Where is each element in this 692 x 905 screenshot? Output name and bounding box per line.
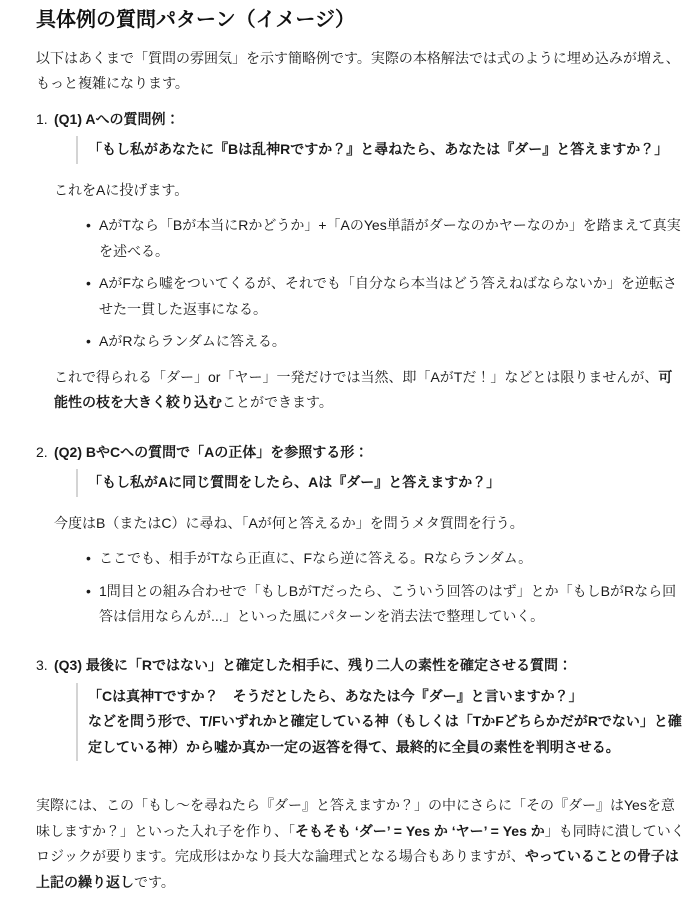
q1-closing-paragraph: これで得られる「ダー」or「ヤー」一発だけでは当然、即「AがTだ！」などとは限り…: [54, 365, 686, 416]
q1-bullet-1: AがTなら「Bが本当にRかどうか」+「AのYes単語がダーなのかヤーなのか」を踏…: [99, 213, 686, 264]
q2-bullet-2: 1問目との組み合わせで「もしBがTだったら、こういう回答のはず」とか「もしBがR…: [99, 579, 686, 630]
outro-paragraph: 実際には、この「もし～を尋ねたら『ダー』と答えますか？」の中にさらに「その『ダー…: [36, 793, 686, 895]
list-item-q1-heading: (Q1) Aへの質問例：: [54, 107, 686, 132]
q2-lead: 今度はB（またはC）に尋ね、「Aが何と答えるか」を問うメタ質問を行う。: [54, 511, 686, 536]
list-item-q3: 3. (Q3) 最後に「Rではない」と確定した相手に、残り二人の素性を確定させる…: [36, 653, 686, 775]
ordered-list: 1. (Q1) Aへの質問例： 「もし私があなたに『Bは乱神Rですか？』と尋ねた…: [36, 107, 686, 775]
list-item-q2: 2. (Q2) BやCへの質問で「Aの正体」を参照する形： 「もし私がAに同じ質…: [36, 440, 686, 640]
list-item-q2-heading: (Q2) BやCへの質問で「Aの正体」を参照する形：: [54, 440, 686, 465]
q1-bullet-3: AがRならランダムに答える。: [99, 329, 686, 354]
q1-lead: これをAに投げます。: [54, 178, 686, 203]
list-item: • ここでも、相手がTなら正直に、Fなら逆に答える。Rならランダム。: [54, 546, 686, 571]
list-item-q2-number: 2.: [36, 440, 48, 640]
q2-bullet-1: ここでも、相手がTなら正直に、Fなら逆に答える。Rならランダム。: [99, 546, 686, 571]
list-item-q1-number: 1.: [36, 107, 48, 426]
q2-blockquote: 「もし私がAに同じ質問をしたら、Aは『ダー』と答えますか？」: [76, 469, 686, 496]
page-title: 具体例の質問パターン（イメージ）: [36, 6, 686, 34]
q1-closing-post: ことができます。: [222, 394, 333, 410]
document-page: 具体例の質問パターン（イメージ） 以下はあくまで「質問の雰囲気」を示す簡略例です…: [0, 0, 692, 905]
q1-quote-text: 「もし私があなたに『Bは乱神Rですか？』と尋ねたら、あなたは『ダー』と答えますか…: [88, 141, 668, 157]
q3-quote-line-1: 「Cは真神Tですか？ そうだとしたら、あなたは今『ダー』と言いますか？」: [88, 688, 583, 704]
list-item: • AがRならランダムに答える。: [54, 329, 686, 354]
q1-closing-pre: これで得られる「ダー」or「ヤー」一発だけでは当然、即「AがTだ！」などとは限り…: [54, 369, 658, 385]
q2-bullet-list: • ここでも、相手がTなら正直に、Fなら逆に答える。Rならランダム。 • 1問目…: [54, 546, 686, 629]
bullet-icon: •: [86, 213, 99, 264]
bullet-icon: •: [86, 271, 99, 322]
list-item-q3-number: 3.: [36, 653, 48, 775]
bullet-icon: •: [86, 546, 99, 571]
list-item: • AがFなら嘘をついてくるが、それでも「自分なら本当はどう答えねばならないか」…: [54, 271, 686, 322]
outro-post: です。: [134, 874, 175, 890]
bullet-icon: •: [86, 579, 99, 630]
outro-bold-1: そもそも ‘ダー’ = Yes か ‘ヤー’ = Yes か: [295, 823, 545, 839]
q1-blockquote: 「もし私があなたに『Bは乱神Rですか？』と尋ねたら、あなたは『ダー』と答えますか…: [76, 136, 686, 163]
list-item: • 1問目との組み合わせで「もしBがTだったら、こういう回答のはず」とか「もしB…: [54, 579, 686, 630]
list-item-q1: 1. (Q1) Aへの質問例： 「もし私があなたに『Bは乱神Rですか？』と尋ねた…: [36, 107, 686, 426]
list-item-q3-heading: (Q3) 最後に「Rではない」と確定した相手に、残り二人の素性を確定させる質問：: [54, 653, 686, 678]
q1-bullet-2: AがFなら嘘をついてくるが、それでも「自分なら本当はどう答えねばならないか」を逆…: [99, 271, 686, 322]
q3-blockquote: 「Cは真神Tですか？ そうだとしたら、あなたは今『ダー』と言いますか？」などを問…: [76, 683, 686, 761]
q1-bullet-list: • AがTなら「Bが本当にRかどうか」+「AのYes単語がダーなのかヤーなのか」…: [54, 213, 686, 354]
list-item: • AがTなら「Bが本当にRかどうか」+「AのYes単語がダーなのかヤーなのか」…: [54, 213, 686, 264]
q2-quote-text: 「もし私がAに同じ質問をしたら、Aは『ダー』と答えますか？」: [88, 474, 500, 490]
bullet-icon: •: [86, 329, 99, 354]
q3-quote-line-2: などを問う形で、T/Fいずれかと確定している神（もしくは「TかFどちらかだがRで…: [88, 713, 682, 754]
intro-paragraph: 以下はあくまで「質問の雰囲気」を示す簡略例です。実際の本格解法では式のように埋め…: [36, 46, 686, 97]
